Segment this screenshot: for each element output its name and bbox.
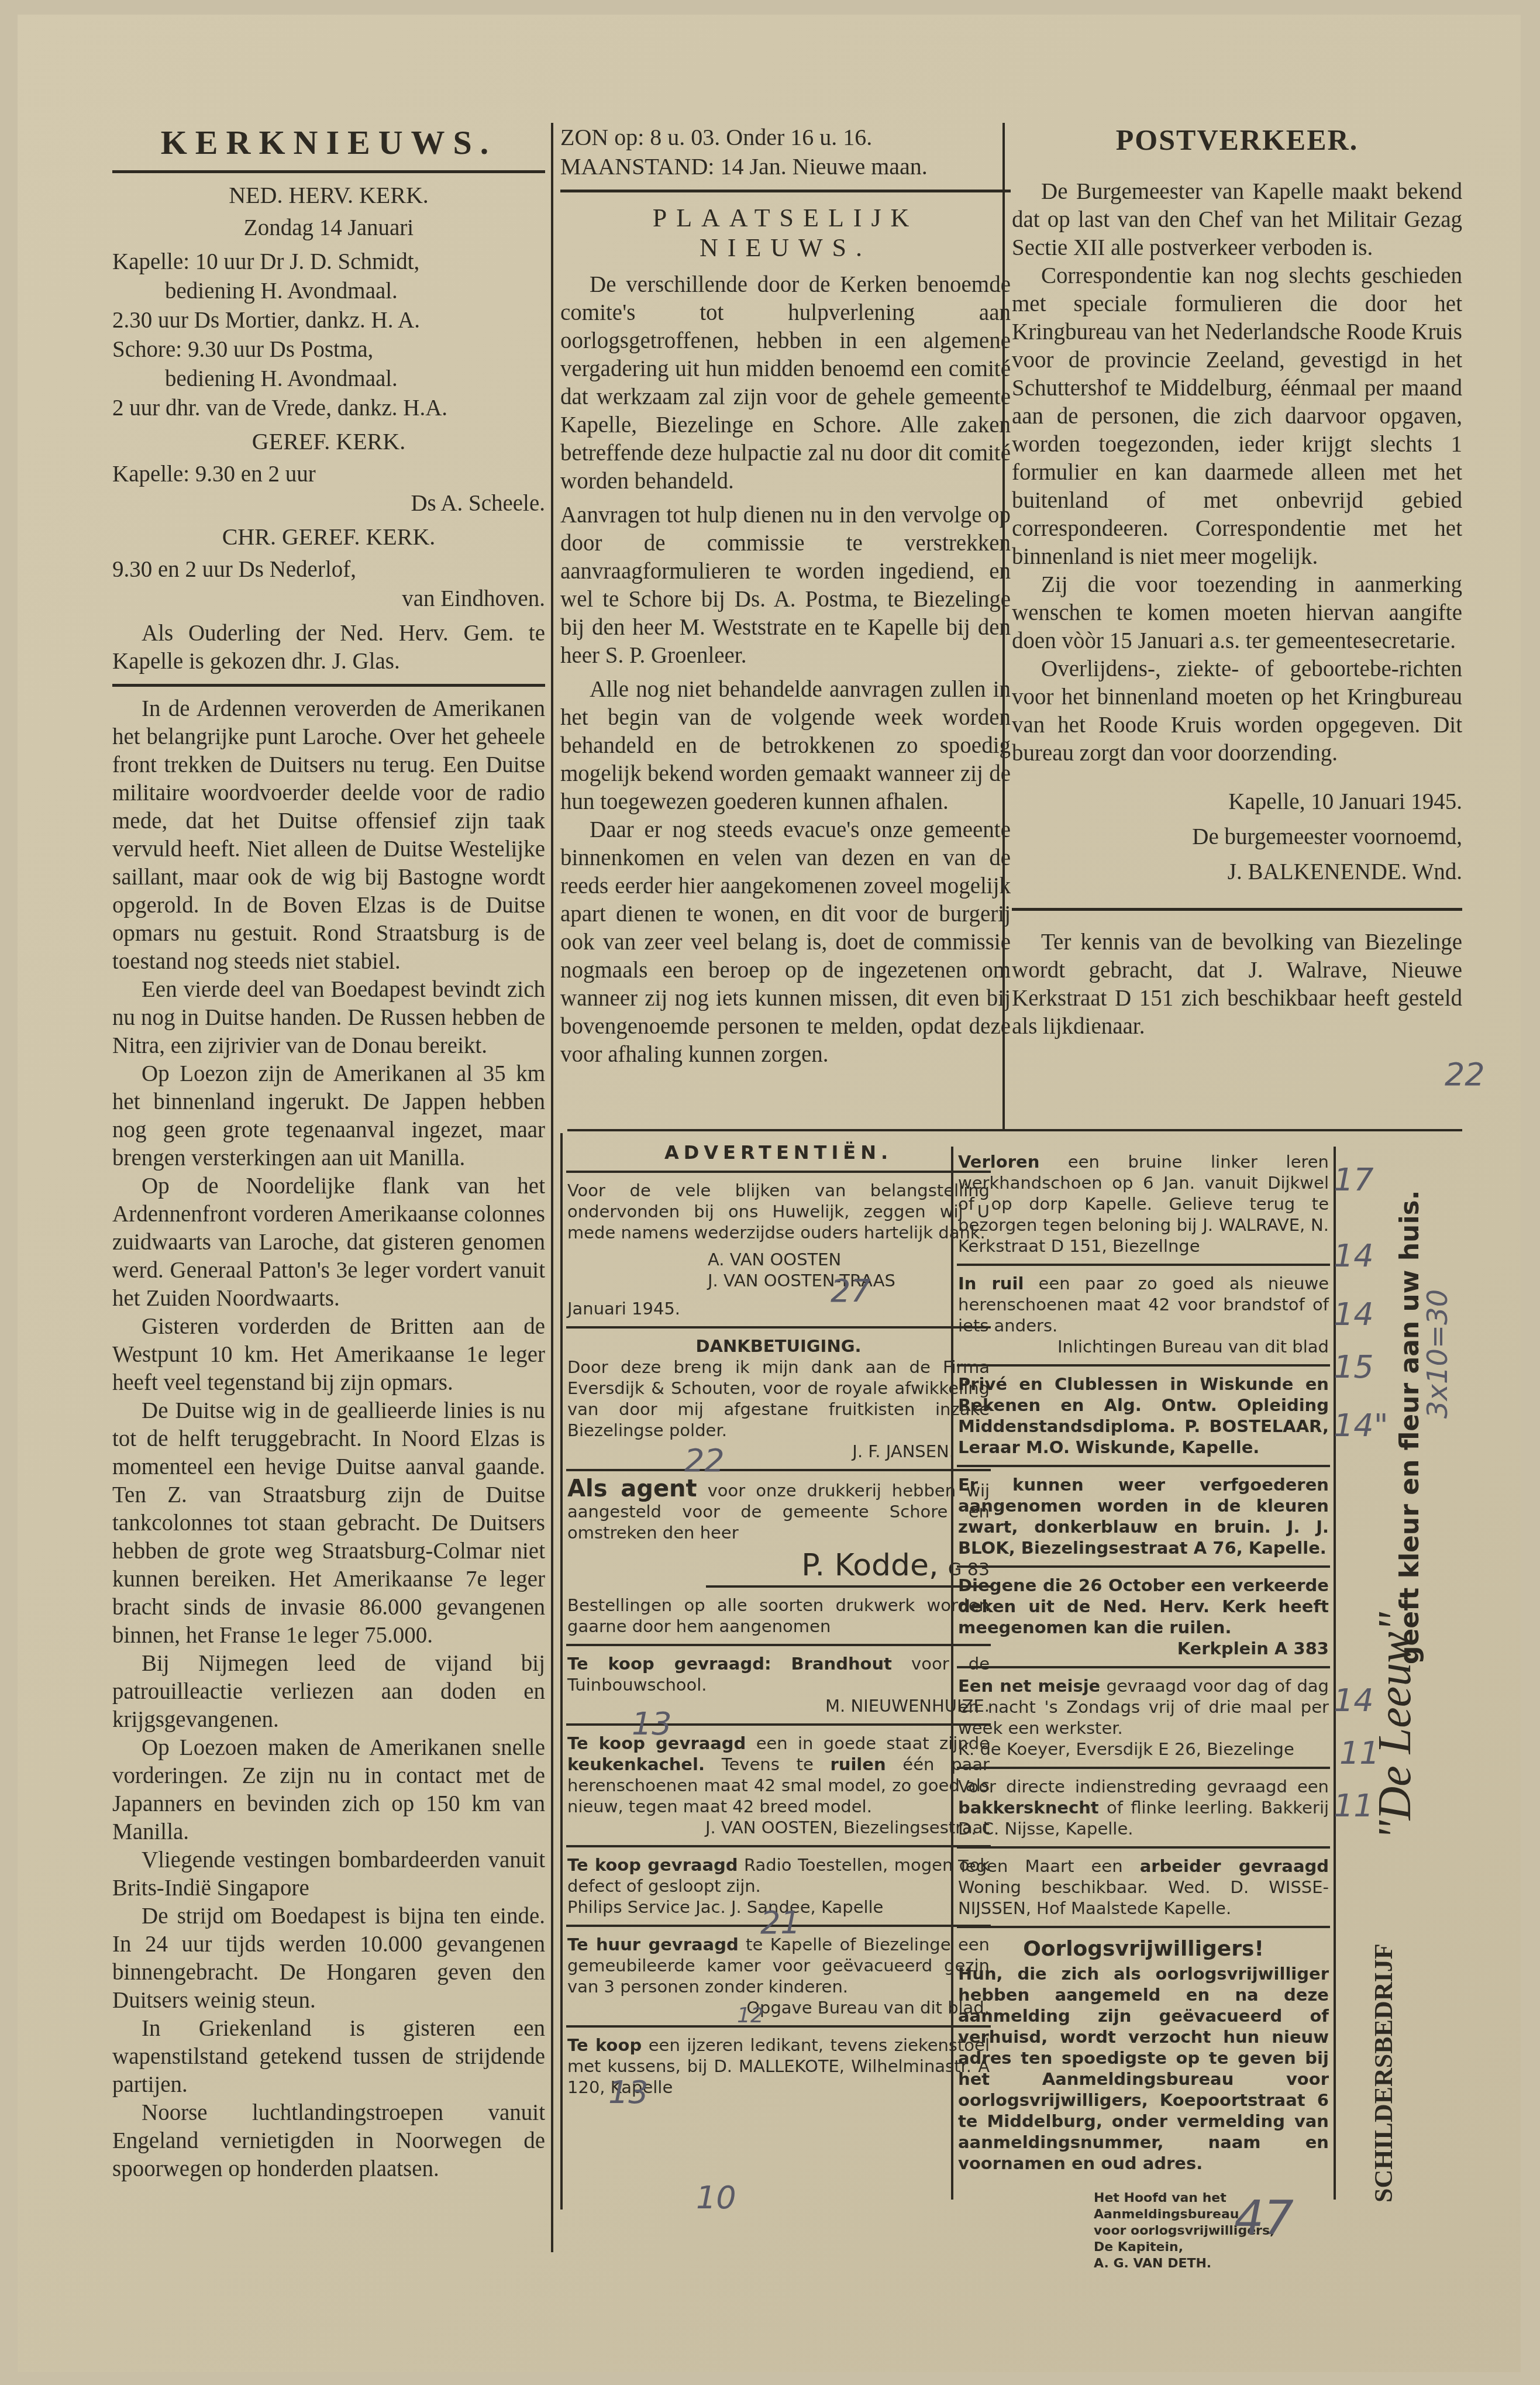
service-line: bediening H. Avondmaal. <box>112 364 545 394</box>
ad-verloren: Verloren een bruine linker leren werkhan… <box>953 1147 1334 1261</box>
divider <box>957 1465 1330 1467</box>
dateline: Kapelle, 10 Januari 1945. <box>1012 787 1462 817</box>
column-rule <box>1002 123 1005 1129</box>
ad-keukenkachel: Te koop gevraagd een in goede staat zijn… <box>563 1728 994 1843</box>
service-line: Kapelle: 9.30 en 2 uur <box>112 460 545 489</box>
post-paragraph: De Burgemeester van Kapelle maakt bekend… <box>1012 178 1462 262</box>
pencil-mark: 13 <box>608 2074 649 2111</box>
news-paragraph: De strijd om Boedapest is bijna ten eind… <box>112 1902 545 2015</box>
service-line: Ds A. Scheele. <box>112 489 545 518</box>
pencil-mark: 13 <box>632 1705 672 1742</box>
service-date: Zondag 14 Januari <box>112 214 545 243</box>
news-paragraph: In de Ardennen veroverden de Amerikanen … <box>112 695 545 976</box>
column-postverkeer: POSTVERKEER. De Burgemeester van Kapelle… <box>1012 123 1462 1041</box>
schildersbedrijf-label: SCHILDERSBEDRIJF <box>1369 1943 1398 2202</box>
divider <box>566 1469 991 1471</box>
service-line: Schore: 9.30 uur Ds Postma, <box>112 335 545 364</box>
ad-brandhout: Te koop gevraagd: Brandhout voor de Tuin… <box>563 1648 994 1721</box>
service-line: van Eindhoven. <box>112 584 545 614</box>
divider <box>957 1666 1330 1668</box>
service-line: 2.30 uur Ds Mortier, dankz. H. A. <box>112 306 545 335</box>
pencil-mark: 10 <box>696 2179 736 2216</box>
ad-verfgoederen: Er kunnen weer verfgoederen aangenomen w… <box>953 1469 1334 1563</box>
divider <box>566 1171 991 1173</box>
divider <box>957 1767 1330 1769</box>
news-paragraph: Op Loezoen maken de Amerikanen snelle vo… <box>112 1734 545 1846</box>
lijkdienaar-notice: Ter kennis van de bevolking van Biezelin… <box>1012 928 1462 1041</box>
divider <box>566 2025 991 2028</box>
post-paragraph: Zij die voor toezending in aanmerking we… <box>1012 571 1462 655</box>
divider <box>957 1364 1330 1367</box>
pencil-mark: 15 <box>1334 1348 1374 1385</box>
service-line: 9.30 en 2 uur Ds Nederlof, <box>112 555 545 584</box>
ads-right-block: Verloren een bruine linker leren werkhan… <box>951 1147 1336 2200</box>
ad-lessen: Privé en Clublessen in Wiskunde en Reken… <box>953 1369 1334 1462</box>
divider <box>566 1845 991 1847</box>
ad-agent: Als agent voor onze drukkerij hebben wij… <box>563 1474 994 1548</box>
divider <box>112 684 545 687</box>
sun-times: ZON op: 8 u. 03. Onder 16 u. 16. <box>560 123 1011 152</box>
pencil-mark: 11 <box>1334 1787 1374 1824</box>
pencil-mark: 21 <box>760 1904 801 1941</box>
ads-left-block: ADVERTENTIËN. Voor de vele blijken van b… <box>560 1133 994 2210</box>
post-paragraph: Correspondentie kan nog slechts geschied… <box>1012 262 1462 571</box>
news-paragraph: Vliegende vestingen bombardeerden vanuit… <box>112 1846 545 1902</box>
ad-bakkersknecht: Voor directe indienstreding gevraagd een… <box>953 1771 1334 1844</box>
ad-huwelijk: Voor de vele blijken van belangstelling … <box>563 1175 994 1324</box>
pencil-mark: 47 <box>1234 2191 1294 2245</box>
news-paragraph: De Duitse wig in de geallieerde linies i… <box>112 1397 545 1650</box>
service-line: Kapelle: 10 uur Dr J. D. Schmidt, <box>112 247 545 277</box>
agent-name: P. Kodde, G 83 <box>563 1548 994 1583</box>
ad-te-huur: Te huur gevraagd te Kapelle of Biezeling… <box>563 1929 994 2023</box>
pencil-mark: 14 <box>1334 1682 1374 1719</box>
news-paragraph: Gisteren vorderden de Britten aan de Wes… <box>112 1313 545 1397</box>
column-kerknieuws: KERKNIEUWS. NED. HERV. KERK. Zondag 14 J… <box>112 123 545 2183</box>
divider <box>1012 908 1462 911</box>
divider <box>566 1644 991 1646</box>
news-paragraph: Een vierde deel van Boedapest bevindt zi… <box>112 976 545 1060</box>
ouderling-notice: Als Ouderling der Ned. Herv. Gem. te Kap… <box>112 620 545 676</box>
pencil-mark: 14 <box>1334 1237 1374 1274</box>
divider <box>112 170 545 173</box>
ned-herv-heading: NED. HERV. KERK. <box>112 181 545 209</box>
post-paragraph: Overlijdens-, ziekte- of geboortebe-rich… <box>1012 655 1462 768</box>
pencil-mark: 11 <box>1339 1734 1380 1771</box>
kerknieuws-heading: KERKNIEUWS. <box>112 123 545 162</box>
divider <box>957 1926 1330 1928</box>
slogan: geeft kleur en fleur aan uw huis. <box>1395 1190 1425 1664</box>
divider <box>957 1565 1330 1568</box>
signature-name: J. BALKENENDE. Wnd. <box>1012 858 1462 887</box>
local-paragraph: Aanvragen tot hulp dienen nu in den verv… <box>560 501 1011 670</box>
column-rule <box>551 123 553 2252</box>
news-paragraph: Op Loezon zijn de Amerikanen al 35 km he… <box>112 1060 545 1172</box>
divider <box>957 1846 1330 1849</box>
local-paragraph: Alle nog niet behandelde aanvragen zulle… <box>560 676 1011 816</box>
plaatselijk-heading: PLAATSELIJK NIEUWS. <box>560 203 1011 263</box>
column-plaatselijk: ZON op: 8 u. 03. Onder 16 u. 16. MAANSTA… <box>560 123 1011 1069</box>
moon-phase: MAANSTAND: 14 Jan. Nieuwe maan. <box>560 152 1011 181</box>
divider <box>560 190 1011 192</box>
local-paragraph: Daar er nog steeds evacue's onze gemeent… <box>560 816 1011 1069</box>
advertenties-heading: ADVERTENTIËN. <box>563 1133 994 1168</box>
chr-geref-heading: CHR. GEREF. KERK. <box>112 523 545 550</box>
divider <box>957 1264 1330 1266</box>
news-paragraph: Noorse luchtlandingstroepen vanuit Engel… <box>112 2099 545 2183</box>
divider <box>566 1723 991 1726</box>
ad-deken: Diegene die 26 October een verkeerde dek… <box>953 1570 1334 1664</box>
service-line: 2 uur dhr. van de Vrede, dankz. H.A. <box>112 394 545 423</box>
pencil-mark: 22 <box>1445 1056 1485 1093</box>
pencil-mark: 3x10=30 <box>1421 1289 1454 1419</box>
postverkeer-heading: POSTVERKEER. <box>1012 123 1462 157</box>
divider <box>706 1585 991 1588</box>
newspaper-page: KERKNIEUWS. NED. HERV. KERK. Zondag 14 J… <box>18 15 1521 2372</box>
ads-top-rule <box>567 1129 1462 1131</box>
pencil-mark: 14 <box>1334 1296 1374 1333</box>
pencil-mark: 14" <box>1334 1407 1389 1444</box>
news-paragraph: In Griekenland is gisteren een wapenstil… <box>112 2015 545 2099</box>
service-line: bediening H. Avondmaal. <box>112 277 545 306</box>
ad-oorlogsvrijwilligers: Oorlogsvrijwilligers! Hun, die zich als … <box>953 1930 1334 2178</box>
ad-dankbetuiging: DANKBETUIGING. Door deze breng ik mijn d… <box>563 1331 994 1467</box>
pencil-mark: 12 <box>737 2004 764 2028</box>
news-paragraph: Op de Noordelijke flank van het Ardennen… <box>112 1172 545 1313</box>
signature-line: De burgemeester voornoemd, <box>1012 822 1462 852</box>
news-paragraph: Bij Nijmegen leed de vijand bij patrouil… <box>112 1650 545 1734</box>
divider <box>566 1326 991 1329</box>
pencil-mark: 17 <box>1334 1161 1374 1198</box>
pencil-mark: 22 <box>684 1442 725 1479</box>
local-paragraph: De verschillende door de Kerken benoemde… <box>560 271 1011 495</box>
pencil-mark: 27 <box>831 1272 871 1309</box>
ad-meisje: Een net meisje gevraagd voor dag of dag … <box>953 1671 1334 1764</box>
ad-arbeider: Tegen Maart een arbeider gevraagd Woning… <box>953 1851 1334 1923</box>
geref-heading: GEREF. KERK. <box>112 428 545 455</box>
ad-agent-footer: Bestellingen op alle soorten drukwerk wo… <box>563 1590 994 1641</box>
ad-in-ruil: In ruil een paar zo goed als nieuwe here… <box>953 1268 1334 1362</box>
